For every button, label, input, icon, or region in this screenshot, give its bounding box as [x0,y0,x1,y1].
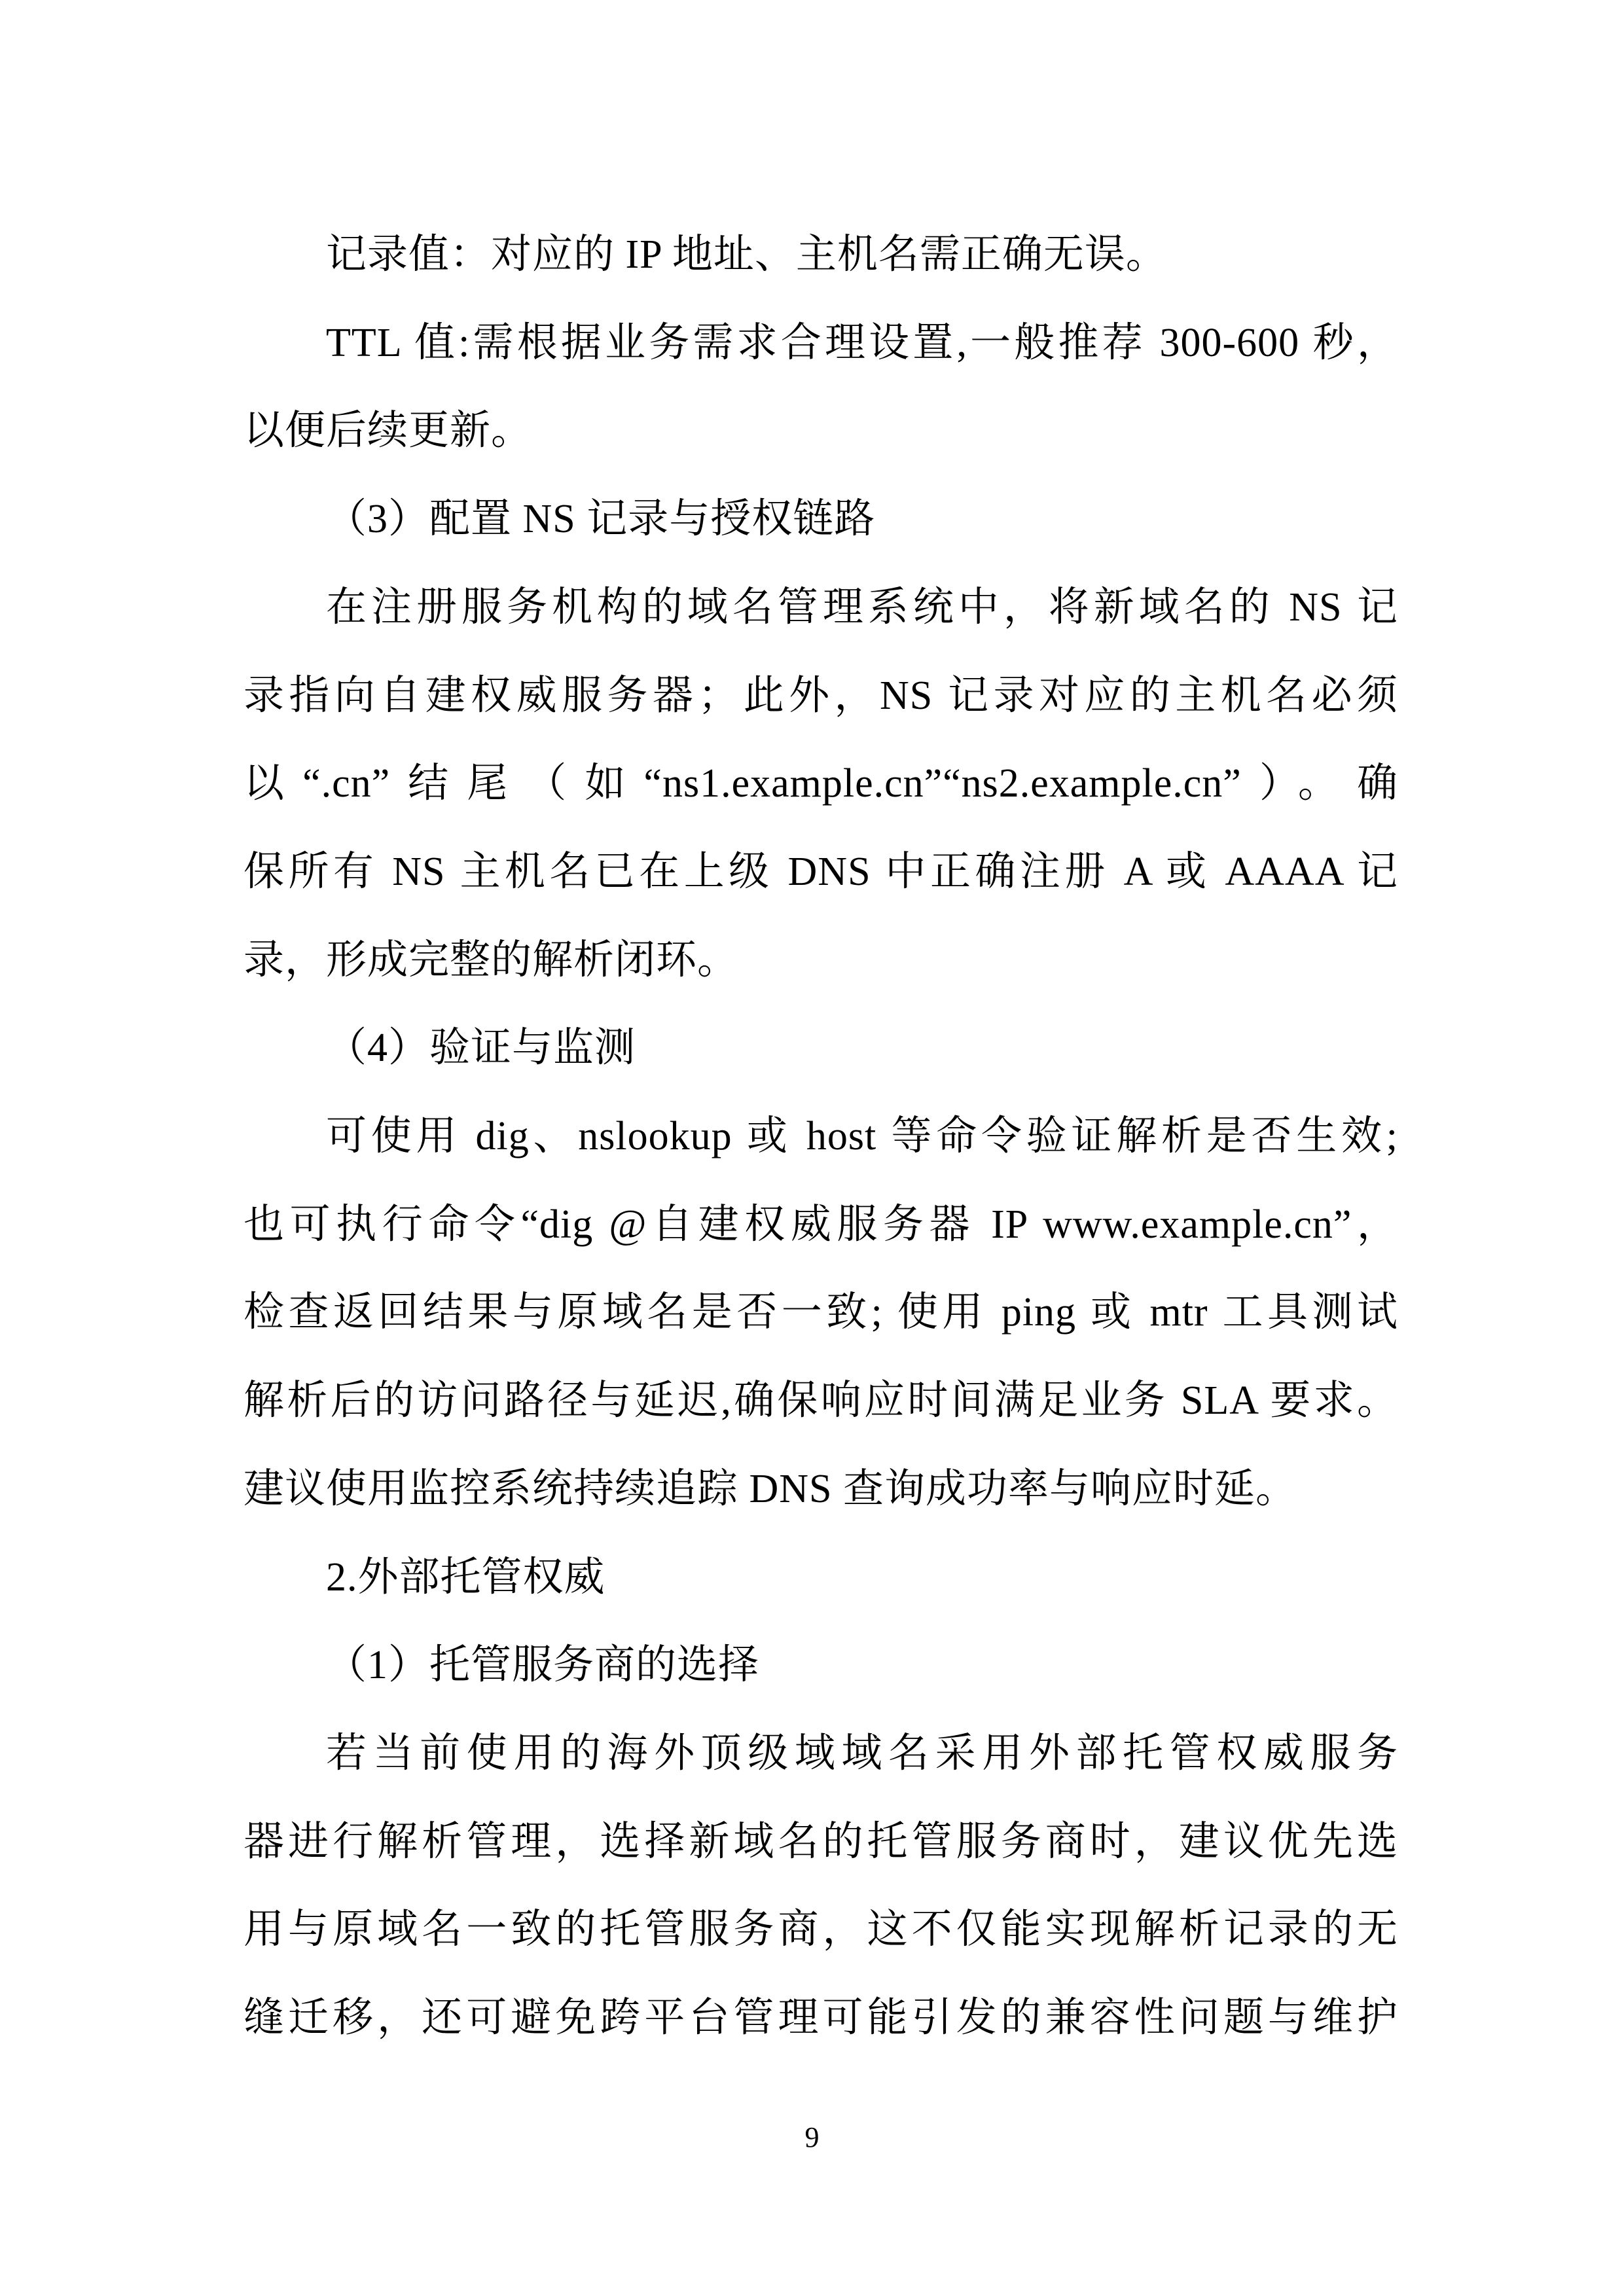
document-page: 记录值：对应的 IP 地址、主机名需正确无误。TTL 值:需根据业务需求合理设置… [0,0,1624,2296]
text-line: 以便后续更新。 [244,387,1398,475]
text-line: 记录值：对应的 IP 地址、主机名需正确无误。 [244,211,1398,299]
text-line: 器进行解析管理，选择新域名的托管服务商时，建议优先选 [244,1798,1398,1886]
text-line: 以“.cn”结尾（如“ns1.example.cn”“ns2.example.c… [244,740,1398,828]
text-line: （3）配置 NS 记录与授权链路 [244,475,1398,564]
text-line: （1）托管服务商的选择 [244,1621,1398,1710]
text-line: TTL 值:需根据业务需求合理设置,一般推荐 300-600 秒， [244,299,1398,387]
text-line: 可使用 dig、nslookup 或 host 等命令验证解析是否生效; [244,1092,1398,1181]
text-line: 检查返回结果与原域名是否一致; 使用 ping 或 mtr 工具测试 [244,1268,1398,1357]
text-line: 保所有 NS 主机名已在上级 DNS 中正确注册 A 或 AAAA 记 [244,828,1398,916]
text-line: 解析后的访问路径与延迟,确保响应时间满足业务 SLA 要求。 [244,1357,1398,1445]
text-line: 在注册服务机构的域名管理系统中，将新域名的 NS 记 [244,564,1398,652]
text-line: 录，形成完整的解析闭环。 [244,916,1398,1005]
text-line: 缝迁移，还可避免跨平台管理可能引发的兼容性问题与维护 [244,1974,1398,2062]
text-line: 建议使用监控系统持续追踪 DNS 查询成功率与响应时延。 [244,1445,1398,1534]
page-number: 9 [0,2119,1624,2156]
text-line: 若当前使用的海外顶级域域名采用外部托管权威服务 [244,1710,1398,1798]
text-line: 录指向自建权威服务器；此外，NS 记录对应的主机名必须 [244,652,1398,740]
text-body: 记录值：对应的 IP 地址、主机名需正确无误。TTL 值:需根据业务需求合理设置… [244,211,1398,2062]
text-line: 也可执行命令“dig @自建权威服务器 IP www.example.cn”， [244,1181,1398,1269]
text-line: 2.外部托管权威 [244,1534,1398,1622]
text-line: 用与原域名一致的托管服务商，这不仅能实现解析记录的无 [244,1886,1398,1974]
text-line: （4）验证与监测 [244,1004,1398,1092]
